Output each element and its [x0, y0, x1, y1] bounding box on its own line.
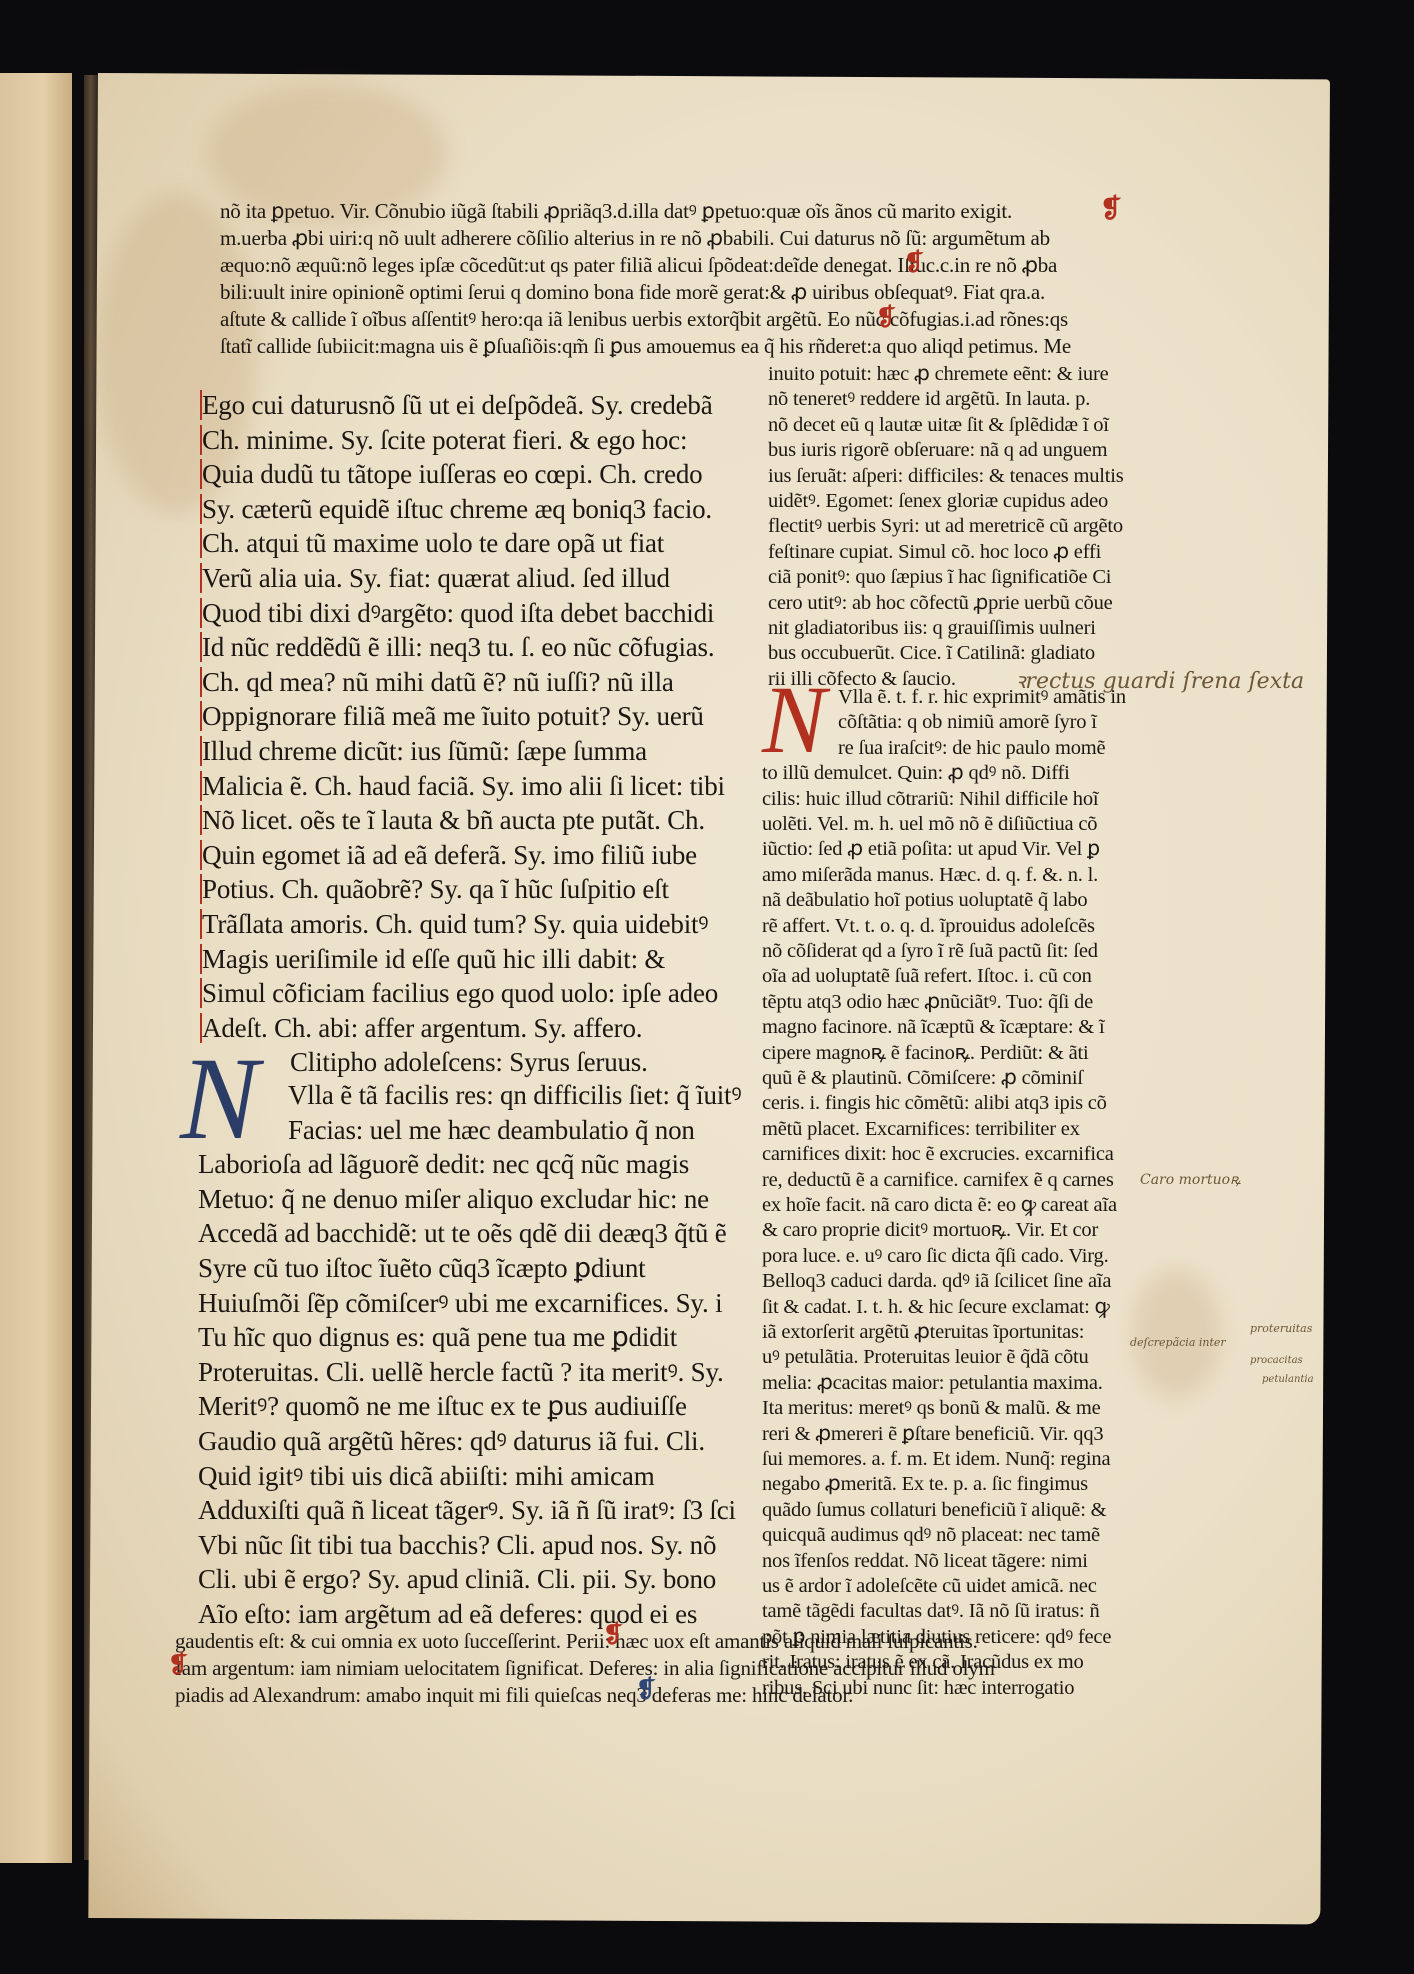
rubricated-capital: Q — [200, 840, 221, 870]
rubricated-capital: P — [200, 874, 217, 904]
verse-line: Potius. Ch. quãobrẽ? Sy. qa ĩ hũc ſuſpit… — [200, 872, 669, 906]
commentary-line: æquo:nõ æquũ:nõ leges ipſæ cõcedũt:ut qs… — [220, 252, 1057, 279]
verse-text: d nũc reddẽdũ ẽ illi: neq3 tu. ſ. eo nũc… — [211, 632, 715, 662]
commentary-line: feſtinare cupiat. Simul cõ. hoc loco ꝓ e… — [768, 540, 1101, 565]
commentary-line: reri & ꝓmereri ẽ ꝑſtare beneficiũ. Vir. … — [762, 1422, 1103, 1447]
verse-line: Ch. minime. Sy. ſcite poterat fieri. & e… — [200, 423, 687, 457]
verse-line: Quid igitꝰ tibi uis dicã abiiſti: mihi a… — [198, 1459, 655, 1493]
marginal-annotation: ꝛrectus guardi ſrena ſexta — [1015, 665, 1304, 695]
verse-line: Sy. cæterũ equidẽ iſtuc chreme æq boniq3… — [200, 492, 712, 526]
commentary-line: oĩa ad uoluptatẽ ſuã refert. Iſtoc. i. c… — [762, 964, 1092, 989]
verse-text: y. cæterũ equidẽ iſtuc chreme æq boniq3 … — [217, 494, 712, 524]
verse-text: rãſlata amoris. Ch. quid tum? Sy. quia u… — [217, 909, 708, 939]
verse-line: Adeſt. Ch. abi: affer argentum. Sy. affe… — [200, 1011, 642, 1045]
verse-text: imul cõficiam facilius ego quod uolo: ip… — [217, 978, 718, 1008]
verse-text: õ licet. oẽs te ĩ lauta & bñ aucta pte p… — [221, 805, 705, 835]
verse-line: Huiuſmõi ſẽp cõmiſcerꝰ ubi me excarnific… — [198, 1286, 722, 1320]
paragraph-mark-icon: ❡ — [636, 1675, 656, 1704]
verse-line: Cli. ubi ẽ ergo? Sy. apud cliniã. Cli. p… — [198, 1562, 716, 1596]
verse-line: Vlla ẽ tã facilis res: qn difficilis ſie… — [288, 1078, 741, 1112]
marginal-annotation: petulantia — [1262, 1374, 1314, 1385]
verse-text: h. minime. Sy. ſcite poterat fieri. & eg… — [220, 425, 687, 455]
commentary-line: quicquã audimus qdꝰ nõ placeat: nec tamẽ — [762, 1523, 1100, 1548]
rubricated-capital: T — [200, 909, 217, 939]
verse-line: Quia dudũ tu tãtope iuſſeras eo cœpi. Ch… — [200, 457, 702, 491]
commentary-line: cero utitꝰ: ab hoc cõfectũ ꝓprie uerbũ c… — [768, 591, 1113, 616]
rubricated-capital: I — [200, 736, 211, 766]
verse-line: Trãſlata amoris. Ch. quid tum? Sy. quia … — [200, 907, 708, 941]
verse-line: Laborioſa ad lãguorẽ dedit: nec qcq̃ nũc… — [198, 1147, 689, 1181]
scene-heading: Clitipho adoleſcens: Syrus ſeruus. — [290, 1045, 648, 1079]
commentary-line: re, deductũ ẽ a carnifice. carnifex ẽ q … — [762, 1168, 1114, 1193]
rubricated-capital: M — [200, 944, 226, 974]
commentary-line: carnifices dixit: hoc ẽ excrucies. excar… — [762, 1142, 1114, 1167]
commentary-line: quũ ẽ & plautinũ. Cõmiſcere: ꝓ cõminiſ — [762, 1066, 1083, 1091]
rubricated-capital: C — [200, 528, 220, 558]
rubricated-capital: Q — [200, 459, 221, 489]
commentary-line: m.uerba ꝓbi uiri:q nõ uult adherere cõſi… — [220, 225, 1050, 252]
commentary-line: ſui memores. a. f. m. Et idem. Nunq̃: re… — [762, 1447, 1110, 1472]
verse-line: Adduxiſti quã ñ liceat tãgerꝰ. Sy. iã ñ … — [198, 1493, 736, 1527]
commentary-line: iã extorſerit argẽtũ ꝓteruitas ĩportunit… — [762, 1320, 1084, 1345]
commentary-line: tẽptu atq3 odio hæc ꝓnũciãtꝰ. Tuo: q̃ſi … — [762, 990, 1093, 1015]
verse-line: Illud chreme dicũt: ius ſũmũ: ſæpe ſumma — [200, 734, 647, 768]
commentary-line: nit gladiatoribus iis: q grauiſſimis uul… — [768, 616, 1096, 641]
verse-text: otius. Ch. quãobrẽ? Sy. qa ĩ hũc ſuſpiti… — [217, 874, 669, 904]
commentary-line: bus iuris rigorẽ obſeruare: nã q ad ungu… — [768, 438, 1107, 463]
commentary-line: gaudentis eſt: & cui omnia ex uoto ſucce… — [175, 1628, 978, 1655]
rubricated-capital: M — [200, 771, 226, 801]
rubricated-capital: C — [200, 667, 220, 697]
verse-text: llud chreme dicũt: ius ſũmũ: ſæpe ſumma — [211, 736, 647, 766]
verse-text: go cui daturusnõ ſũ ut ei deſpõdeã. Sy. … — [218, 390, 712, 420]
commentary-line: inuito potuit: hæc ꝓ chremete eẽnt: & iu… — [768, 362, 1109, 387]
verse-line: Gaudio quã argẽtũ hẽres: qdꝰ daturus iã … — [198, 1424, 705, 1458]
commentary-line: cõſtãtia: q ob nimiũ amorẽ ſyro ĩ — [838, 710, 1097, 735]
commentary-line: nõ ita ꝑpetuo. Vir. Cõnubio iũgã ſtabili… — [220, 198, 1012, 225]
illuminated-initial-n: N — [180, 1040, 259, 1158]
commentary-line: melia: ꝓcacitas maior: petulantia maxima… — [762, 1371, 1103, 1396]
rubricated-capital: C — [200, 425, 220, 455]
commentary-line: ceris. i. fingis hic cõmẽtũ: alibi atq3 … — [762, 1091, 1107, 1116]
commentary-line: Iam argentum: iam nimiam uelocitatem ſig… — [175, 1655, 995, 1682]
verse-line: Simul cõficiam facilius ego quod uolo: i… — [200, 976, 718, 1010]
verse-line: Id nũc reddẽdũ ẽ illi: neq3 tu. ſ. eo nũ… — [200, 630, 714, 664]
commentary-line: quãdo ſumus collaturi beneficiũ ĩ aliquẽ… — [762, 1498, 1106, 1523]
commentary-line: flectitꝰ uerbis Syri: ut ad meretricẽ cũ… — [768, 514, 1123, 539]
commentary-line: nõ decet eũ q lautæ uitæ ſit & ſplẽdidæ … — [768, 413, 1109, 438]
verse-line: Malicia ẽ. Ch. haud faciã. Sy. imo alii … — [200, 769, 725, 803]
verse-line: Proteruitas. Cli. uellẽ hercle factũ ? i… — [198, 1355, 724, 1389]
verse-text: ppignorare filiã meã me ĩuito potuit? Sy… — [221, 701, 703, 731]
commentary-line: uꝰ petulãtia. Proteruitas leuior ẽ q̃dã … — [762, 1345, 1089, 1370]
commentary-line: us ẽ ardor ĩ adoleſcẽte cũ uidet amicã. … — [762, 1574, 1097, 1599]
verse-line: Quod tibi dixi dꝰargẽto: quod iſta debet… — [200, 596, 714, 630]
commentary-line: amo miſerãda manus. Hæc. d. q. f. &. n. … — [762, 863, 1098, 888]
verse-line: Syre cũ tuo iſtoc ĩuẽto cũq3 ĩcæpto ꝑdiu… — [198, 1251, 645, 1285]
commentary-line: uolẽti. Vel. m. h. uel mõ nõ ẽ diſiũctiu… — [762, 812, 1097, 837]
commentary-line: bili:uult inire opinionẽ optimi ſerui q … — [220, 279, 1045, 306]
marginal-annotation: proteruitas — [1250, 1322, 1312, 1335]
commentary-line: tamẽ tãgẽdi facultas datꝰ. Iã nõ ſũ irat… — [762, 1599, 1100, 1624]
rubricated-capital: I — [200, 632, 211, 662]
commentary-line: rẽ affert. Vt. t. o. q. d. ĩprouidus ado… — [762, 914, 1095, 939]
water-stain — [1131, 1268, 1222, 1398]
commentary-line: magno facinore. nã ĩcæptũ & ĩcæptare: & … — [762, 1015, 1104, 1040]
commentary-line: ciã ponitꝰ: quo ſæpius ĩ hac ſignificati… — [768, 565, 1111, 590]
verse-line: Verũ alia uia. Sy. fiat: quærat aliud. ſ… — [200, 561, 670, 595]
rubricated-capital: Q — [200, 598, 221, 628]
verse-text: deſt. Ch. abi: affer argentum. Sy. affer… — [221, 1013, 642, 1043]
verse-text: uod tibi dixi dꝰargẽto: quod iſta debet … — [221, 598, 714, 628]
commentary-line: ſtatĩ callide ſubiicit:magna uis ẽ ꝑſuaſ… — [220, 333, 1071, 360]
paragraph-mark-icon: ❡ — [904, 248, 924, 277]
commentary-line: Ita meritus: meretꝰ qs bonũ & malũ. & me — [762, 1396, 1101, 1421]
verse-line: Facias: uel me hæc deambulatio q̃ non — [288, 1113, 695, 1147]
verse-line: Tu hĩc quo dignus es: quã pene tua me ꝑd… — [198, 1320, 677, 1354]
verse-line: Magis ueriſimile id eſſe quũ hic illi da… — [200, 942, 665, 976]
rubricated-initial-n: N — [762, 672, 826, 768]
rubricated-capital: N — [200, 805, 221, 835]
verse-line: Metuo: q̃ ne denuo miſer aliquo excludar… — [198, 1182, 709, 1216]
paragraph-mark-icon: ❡ — [603, 1620, 623, 1649]
marginal-annotation: deſcrepãcia inter — [1130, 1336, 1226, 1349]
commentary-line: nõ teneretꝰ reddere id argẽtũ. In lauta.… — [768, 387, 1090, 412]
verse-text: erũ alia uia. Sy. fiat: quærat aliud. ſe… — [218, 563, 670, 593]
rubricated-capital: V — [200, 563, 218, 593]
verse-line: Ch. atqui tũ maxime uolo te dare opã ut … — [200, 526, 664, 560]
paragraph-mark-icon: ❡ — [168, 1650, 188, 1679]
commentary-line: ex hoĩe facit. nã caro dicta ẽ: eo ꝙ car… — [762, 1193, 1117, 1218]
facing-page-edge — [0, 73, 72, 1863]
commentary-line: iũctio: ſed ꝓ etiã poſita: ut apud Vir. … — [762, 837, 1100, 862]
rubricated-capital: E — [200, 390, 218, 420]
commentary-line: nõ cõſiderat qd a ſyro ĩ rẽ ſuã pactũ ſi… — [762, 939, 1098, 964]
marginal-annotation: Caro mortuoꝶ — [1140, 1170, 1241, 1189]
commentary-line: nã deãbulatio hoĩ potius uoluptatẽ q̃ la… — [762, 888, 1087, 913]
commentary-line: cipere magnoꝶ ẽ facinoꝶ. Perdiũt: & ãti — [762, 1041, 1089, 1066]
paragraph-mark-icon: ❡ — [1100, 194, 1122, 224]
verse-text: alicia ẽ. Ch. haud faciã. Sy. imo alii ſ… — [226, 771, 725, 801]
commentary-line: aſtute & callide ĩ oĩbus aſſentitꝰ hero:… — [220, 306, 1068, 333]
verse-line: Vbi nũc ſit tibi tua bacchis? Cli. apud … — [198, 1528, 716, 1562]
verse-line: Nõ licet. oẽs te ĩ lauta & bñ aucta pte … — [200, 803, 705, 837]
verse-text: uia dudũ tu tãtope iuſſeras eo cœpi. Ch.… — [221, 459, 702, 489]
rubricated-capital: O — [200, 701, 221, 731]
verse-text: h. atqui tũ maxime uolo te dare opã ut f… — [220, 528, 664, 558]
verse-line: Ego cui daturusnõ ſũ ut ei deſpõdeã. Sy.… — [200, 388, 713, 422]
commentary-line: bus occubuerũt. Cice. ĩ Catilinã: gladia… — [768, 641, 1095, 666]
verse-line: Ch. qd mea? nũ mihi datũ ẽ? nũ iuſſi? nũ… — [200, 665, 674, 699]
marginal-annotation: procacitas — [1250, 1355, 1303, 1366]
verse-line: Quin egomet iã ad eã deferã. Sy. imo fil… — [200, 838, 697, 872]
commentary-line: piadis ad Alexandrum: amabo inquit mi fi… — [175, 1682, 853, 1709]
verse-text: h. qd mea? nũ mihi datũ ẽ? nũ iuſſi? nũ … — [220, 667, 674, 697]
verse-line: Meritꝰ? quomõ ne me iſtuc ex te ꝑus audi… — [198, 1389, 687, 1423]
commentary-line: ſit & cadat. I. t. h. & hic ſecure excla… — [762, 1295, 1110, 1320]
paragraph-mark-icon: ❡ — [876, 303, 896, 332]
verse-line: Accedã ad bacchidẽ: ut te oẽs qdẽ dii de… — [198, 1216, 727, 1250]
commentary-line: cilis: huic illud cõtrariũ: Nihil diffic… — [762, 787, 1098, 812]
commentary-line: ius ſeruãt: aſperi: difficiles: & tenace… — [768, 464, 1124, 489]
rubricated-capital: S — [200, 978, 217, 1008]
verse-text: agis ueriſimile id eſſe quũ hic illi dab… — [226, 944, 665, 974]
commentary-line: to illũ demulcet. Quin: ꝓ qdꝰ nõ. Diffi — [762, 761, 1070, 786]
commentary-line: re ſua iraſcitꝰ: de hic paulo momẽ — [838, 736, 1105, 761]
commentary-line: negabo ꝓmeritã. Ex te. p. a. ſic fingimu… — [762, 1472, 1088, 1497]
commentary-line: & caro proprie dicitꝰ mortuoꝶ. Vir. Et c… — [762, 1218, 1098, 1243]
verse-line: Oppignorare filiã meã me ĩuito potuit? S… — [200, 699, 704, 733]
commentary-line: pora luce. e. uꝰ caro ſic dicta q̃ſi cad… — [762, 1244, 1109, 1269]
commentary-line: uidẽtꝰ. Egomet: ſenex gloriæ cupidus ade… — [768, 489, 1108, 514]
rubricated-capital: S — [200, 494, 217, 524]
commentary-line: nos ĩfenſos reddat. Nõ liceat tãgere: ni… — [762, 1549, 1088, 1574]
verse-text: uin egomet iã ad eã deferã. Sy. imo fili… — [221, 840, 697, 870]
commentary-line: Belloq3 caduci darda. qdꝰ iã ſcilicet ſi… — [762, 1269, 1111, 1294]
commentary-line: mẽtũ placet. Excarnifices: terribiliter … — [762, 1117, 1080, 1142]
